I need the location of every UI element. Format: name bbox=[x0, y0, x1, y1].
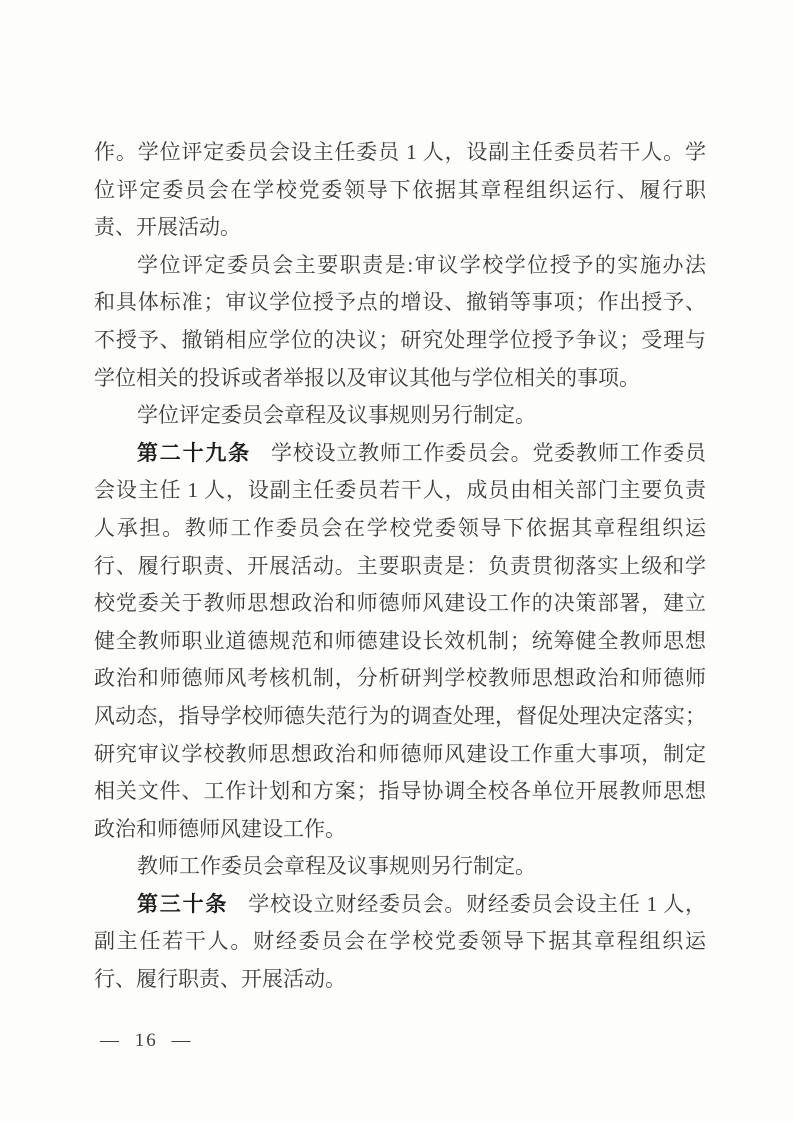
text-line: 和具体标准；审议学位授予点的增设、撤销等事项；作出授予、 bbox=[94, 284, 706, 322]
text-line: 不授予、撤销相应学位的决议；研究处理学位授予争议；受理与 bbox=[94, 322, 706, 360]
article-29-heading: 第二十九条 bbox=[137, 442, 251, 465]
text-line: 学位相关的投诉或者举报以及审议其他与学位相关的事项。 bbox=[94, 360, 706, 398]
paragraph-degree-committee-charter: 学位评定委员会章程及议事规则另行制定。 bbox=[94, 397, 706, 435]
text-line: 作。学位评定委员会设主任委员 1 人，设副主任委员若干人。学 bbox=[94, 134, 706, 172]
page-footer: — 16 — bbox=[100, 1027, 193, 1055]
paragraph-teacher-committee-charter: 教师工作委员会章程及议事规则另行制定。 bbox=[94, 848, 706, 886]
text-line: 第二十九条学校设立教师工作委员会。党委教师工作委员 bbox=[94, 435, 706, 473]
text-line: 责、开展活动。 bbox=[94, 209, 706, 247]
paragraph-article-30: 第三十条学校设立财经委员会。财经委员会设主任 1 人， 副主任若干人。财经委员会… bbox=[94, 886, 706, 999]
page-number: — 16 — bbox=[100, 1030, 193, 1051]
text-line: 政治和师德师风建设工作。 bbox=[94, 811, 706, 849]
page-body-text: 作。学位评定委员会设主任委员 1 人，设副主任委员若干人。学 位评定委员会在学校… bbox=[94, 134, 706, 999]
paragraph-degree-committee-duties: 学位评定委员会主要职责是:审议学校学位授予的实施办法 和具体标准；审议学位授予点… bbox=[94, 247, 706, 397]
text-line: 教师工作委员会章程及议事规则另行制定。 bbox=[94, 848, 706, 886]
text-line: 位评定委员会在学校党委领导下依据其章程组织运行、履行职 bbox=[94, 172, 706, 210]
text-line: 政治和师德师风考核机制，分析研判学校教师思想政治和师德师 bbox=[94, 660, 706, 698]
text-line: 校党委关于教师思想政治和师德师风建设工作的决策部署，建立 bbox=[94, 585, 706, 623]
text-line: 会设主任 1 人，设副主任委员若干人，成员由相关部门主要负责 bbox=[94, 472, 706, 510]
paragraph-article-29: 第二十九条学校设立教师工作委员会。党委教师工作委员 会设主任 1 人，设副主任委… bbox=[94, 435, 706, 849]
text-line: 行、履行职责、开展活动。主要职责是：负责贯彻落实上级和学 bbox=[94, 548, 706, 586]
text-line: 学位评定委员会章程及议事规则另行制定。 bbox=[94, 397, 706, 435]
text-line: 第三十条学校设立财经委员会。财经委员会设主任 1 人， bbox=[94, 886, 706, 924]
text-line: 行、履行职责、开展活动。 bbox=[94, 961, 706, 999]
scanned-document-page: 作。学位评定委员会设主任委员 1 人，设副主任委员若干人。学 位评定委员会在学校… bbox=[0, 0, 793, 1121]
text-line: 副主任若干人。财经委员会在学校党委领导下据其章程组织运 bbox=[94, 923, 706, 961]
paragraph-degree-committee-setup: 作。学位评定委员会设主任委员 1 人，设副主任委员若干人。学 位评定委员会在学校… bbox=[94, 134, 706, 247]
text-line: 相关文件、工作计划和方案；指导协调全校各单位开展教师思想 bbox=[94, 773, 706, 811]
text-line: 学位评定委员会主要职责是:审议学校学位授予的实施办法 bbox=[94, 247, 706, 285]
text-line: 研究审议学校教师思想政治和师德师风建设工作重大事项，制定 bbox=[94, 736, 706, 774]
text-line: 健全教师职业道德规范和师德建设长效机制；统筹健全教师思想 bbox=[94, 623, 706, 661]
text-line-rest: 学校设立财经委员会。财经委员会设主任 1 人， bbox=[248, 892, 706, 916]
article-30-heading: 第三十条 bbox=[137, 893, 228, 916]
text-line: 人承担。教师工作委员会在学校党委领导下依据其章程组织运 bbox=[94, 510, 706, 548]
text-line-rest: 学校设立教师工作委员会。党委教师工作委员 bbox=[271, 441, 706, 465]
text-line: 风动态，指导学校师德失范行为的调查处理，督促处理决定落实； bbox=[94, 698, 706, 736]
